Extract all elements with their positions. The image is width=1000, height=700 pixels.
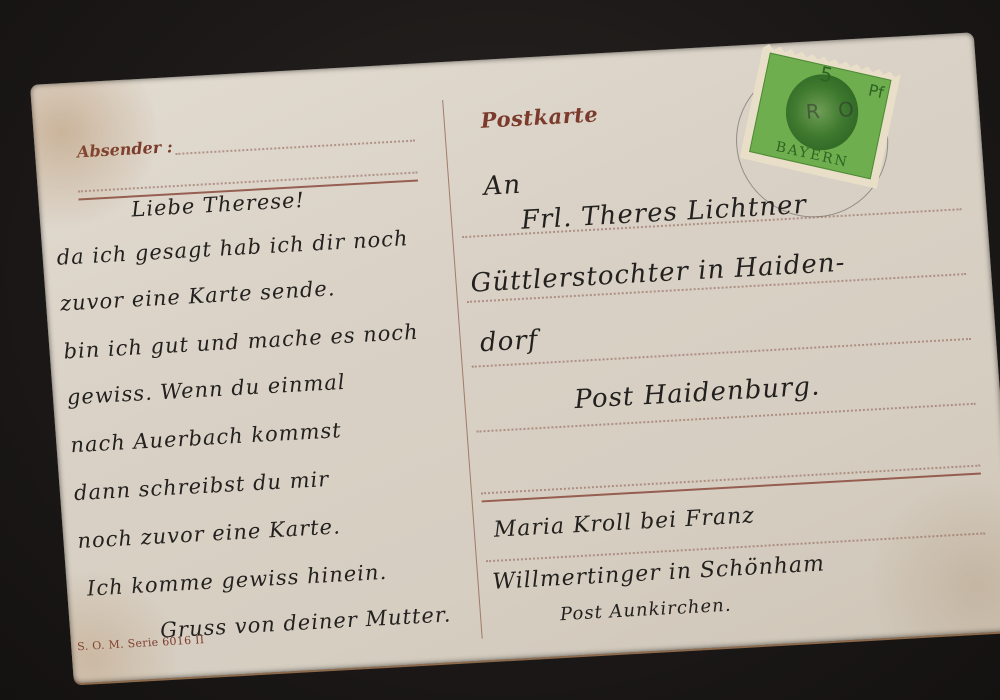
- postmark-text: R O: [805, 97, 861, 124]
- series-imprint: S. O. M. Serie 6016 II: [77, 633, 205, 653]
- address-line: dorf: [479, 325, 539, 358]
- message-line: noch zuvor eine Karte.: [77, 514, 342, 553]
- message-line: da ich gesagt hab ich dir noch: [56, 226, 409, 270]
- address-line: Frl. Theres Lichtner: [520, 190, 808, 236]
- stamp-value-unit: Pf: [867, 80, 886, 102]
- sender-label: Absender :: [76, 137, 173, 161]
- address-dotted-line: [476, 403, 975, 433]
- message-line: Liebe Therese!: [130, 188, 305, 222]
- postcard: Absender : Postkarte Liebe Therese! da i…: [30, 32, 1000, 683]
- message-line: zuvor eine Karte sende.: [59, 276, 336, 315]
- address-dotted-line: [472, 338, 971, 368]
- return-address-line: Maria Kroll bei Franz: [493, 503, 756, 543]
- address-line: An: [483, 170, 523, 202]
- message-line: dann schreibst du mir: [73, 467, 330, 505]
- message-line: nach Auerbach kommst: [70, 418, 343, 457]
- message-line: bin ich gut und mache es noch: [63, 320, 420, 364]
- center-divider: [442, 100, 483, 639]
- return-address-line: Post Aunkirchen.: [559, 595, 732, 626]
- address-dotted-line: [481, 465, 980, 495]
- message-line: Ich komme gewiss hinein.: [86, 560, 388, 601]
- message-line: gewiss. Wenn du einmal: [66, 370, 346, 410]
- postcard-title: Postkarte: [480, 101, 599, 132]
- address-line: Post Haidenburg.: [573, 371, 821, 415]
- sender-dotted-line: [175, 140, 415, 155]
